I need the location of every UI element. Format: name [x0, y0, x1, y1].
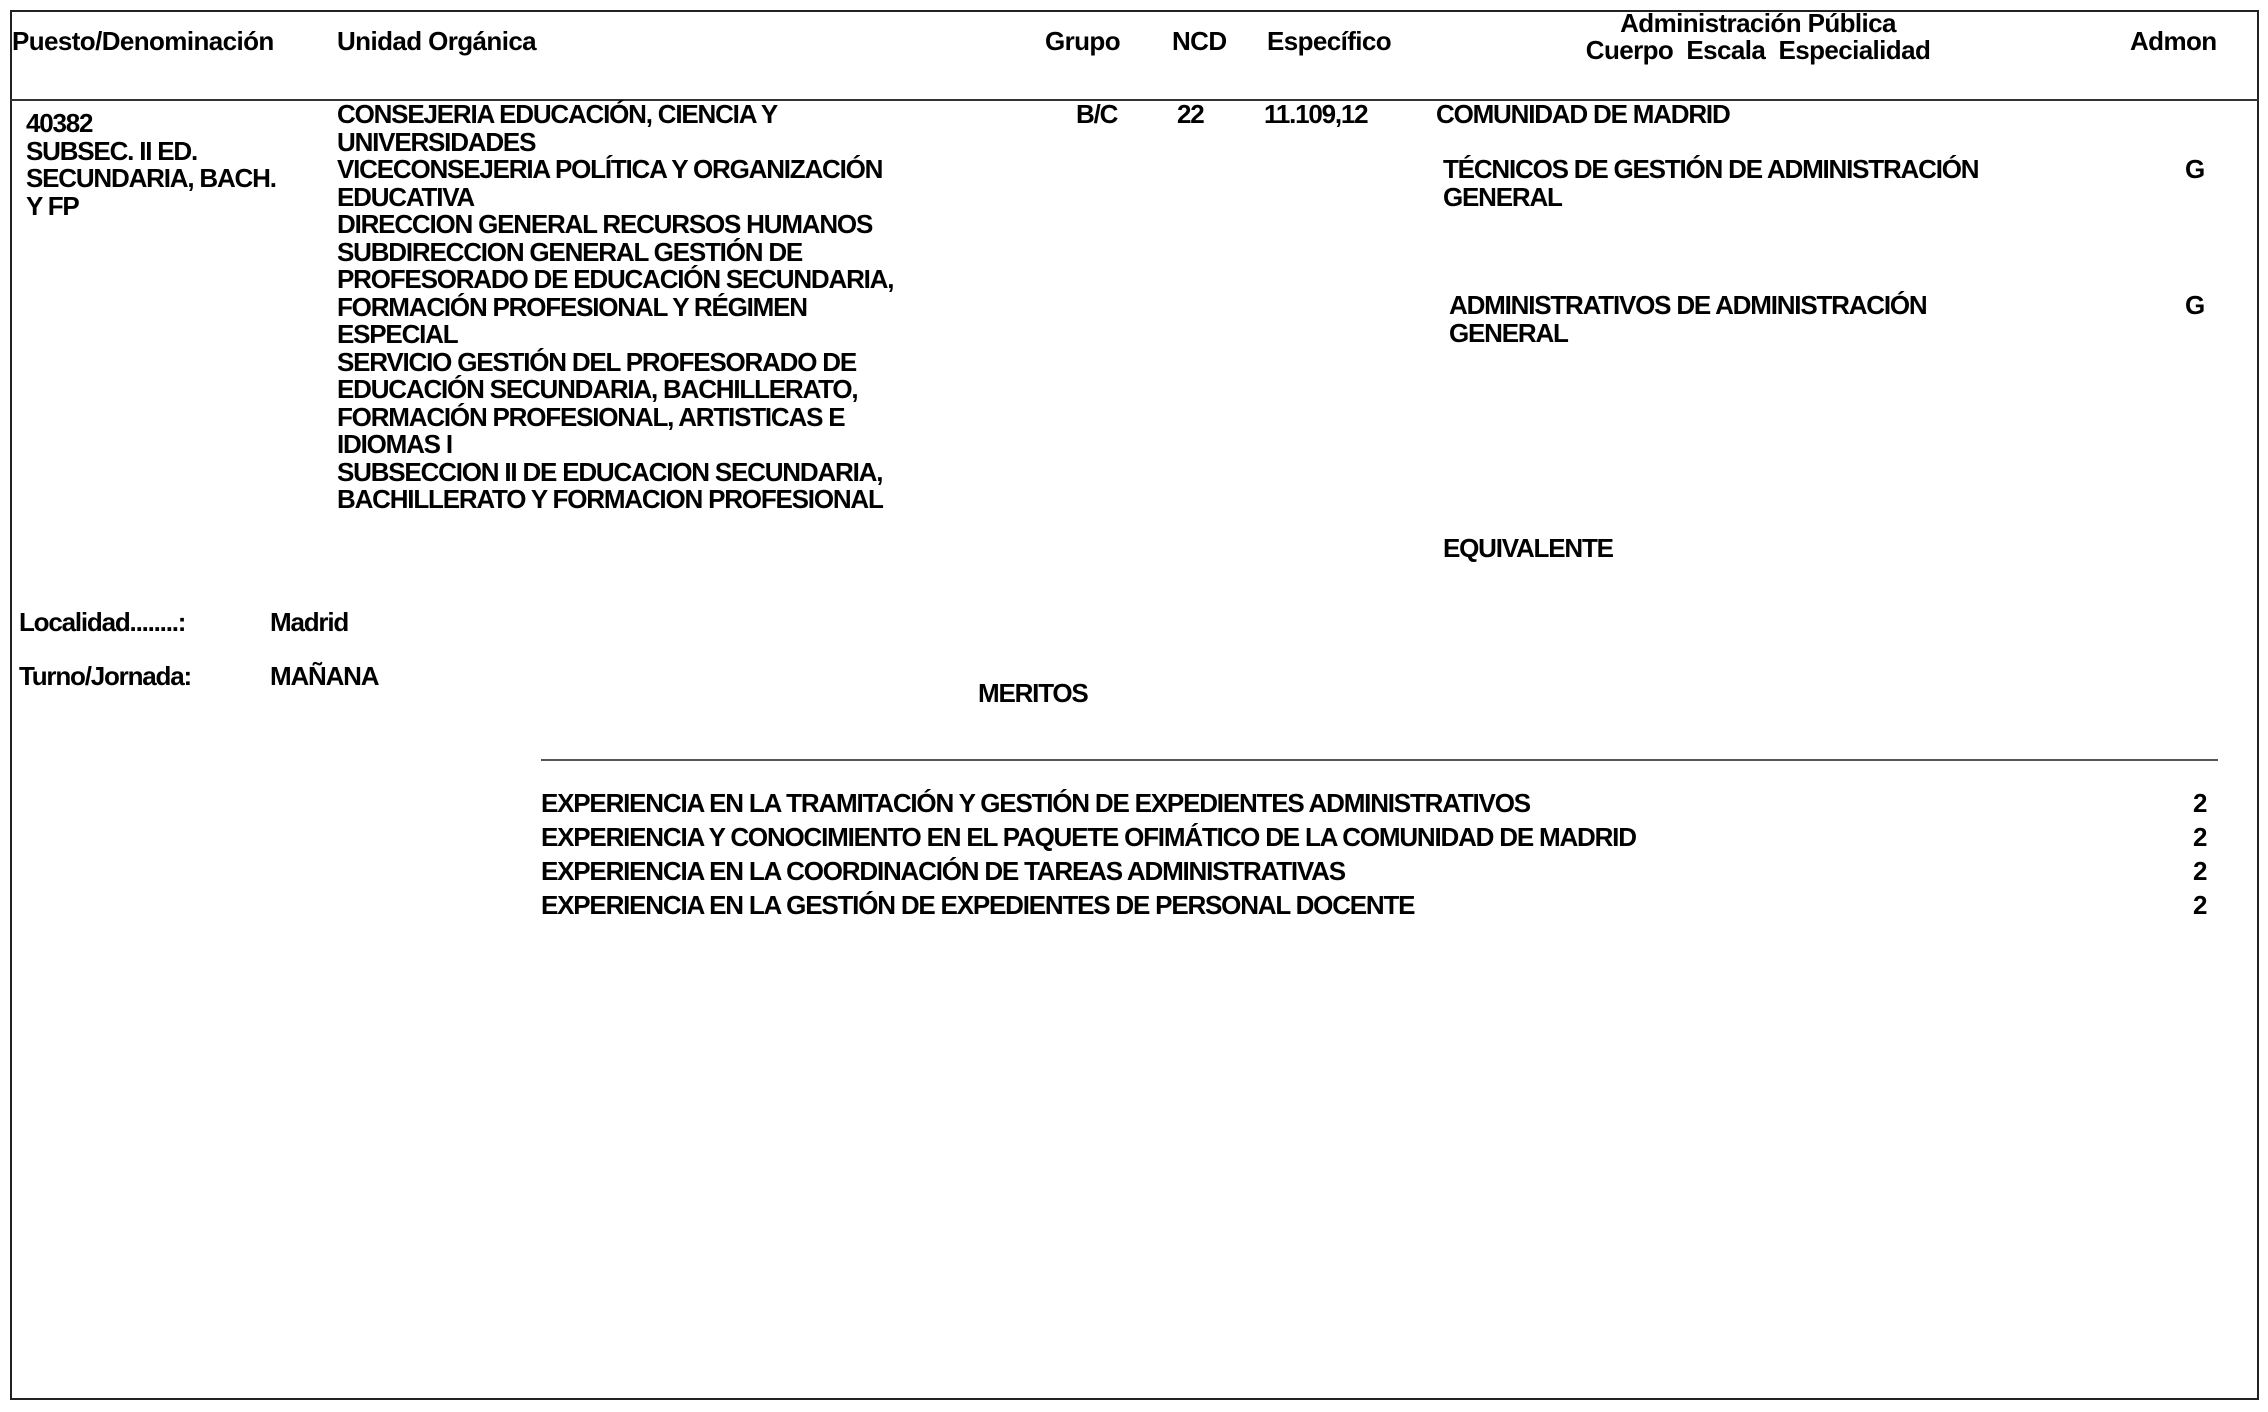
unidad-line: EDUCATIVA [337, 184, 893, 212]
meritos-divider [541, 759, 2218, 761]
turno-value: MAÑANA [270, 663, 378, 691]
unidad-line: PROFESORADO DE EDUCACIÓN SECUNDARIA, [337, 266, 893, 294]
puesto-line: 40382 [26, 110, 276, 138]
cuerpo-2: ADMINISTRATIVOS DE ADMINISTRACIÓN GENERA… [1449, 292, 1927, 347]
unidad-line: VICECONSEJERIA POLÍTICA Y ORGANIZACIÓN [337, 156, 893, 184]
puesto-line: SUBSEC. II ED. [26, 138, 276, 166]
header-ncd: NCD [1172, 28, 1227, 56]
merit-points: 2 [2193, 890, 2207, 921]
cuerpo-line: GENERAL [1449, 320, 1927, 348]
puesto-line: Y FP [26, 193, 276, 221]
ncd-value: 22 [1177, 101, 1204, 129]
merit-text: EXPERIENCIA Y CONOCIMIENTO EN EL PAQUETE… [541, 822, 1636, 853]
cuerpo-1-admon: G [2185, 156, 2204, 184]
unidad-line: CONSEJERIA EDUCACIÓN, CIENCIA Y [337, 101, 893, 129]
merit-points: 2 [2193, 822, 2207, 853]
localidad-value: Madrid [270, 609, 348, 637]
especifico-value: 11.109,12 [1264, 101, 1367, 129]
merit-row: EXPERIENCIA EN LA GESTIÓN DE EXPEDIENTES… [541, 890, 2221, 924]
unidad-line: BACHILLERATO Y FORMACION PROFESIONAL [337, 486, 893, 514]
unidad-line: SUBDIRECCION GENERAL GESTIÓN DE [337, 239, 893, 267]
meritos-title: MERITOS [978, 680, 1088, 708]
merit-text: EXPERIENCIA EN LA GESTIÓN DE EXPEDIENTES… [541, 890, 1414, 921]
header-unidad: Unidad Orgánica [337, 28, 536, 56]
merit-row: EXPERIENCIA Y CONOCIMIENTO EN EL PAQUETE… [541, 822, 2221, 856]
header-admon: Admon [2130, 28, 2217, 56]
puesto-denominacion: 40382 SUBSEC. II ED. SECUNDARIA, BACH. Y… [26, 110, 276, 220]
localidad-label: Localidad........: [19, 609, 185, 637]
header-cuerpo-escala: Cuerpo Escala Especialidad [1558, 37, 1958, 65]
unidad-line: IDIOMAS I [337, 431, 893, 459]
unidad-line: FORMACIÓN PROFESIONAL Y RÉGIMEN [337, 294, 893, 322]
merit-row: EXPERIENCIA EN LA COORDINACIÓN DE TAREAS… [541, 856, 2221, 890]
cuerpo-line: ADMINISTRATIVOS DE ADMINISTRACIÓN [1449, 292, 1927, 320]
header-grupo: Grupo [1045, 28, 1120, 56]
header-administracion: Administración Pública [1558, 10, 1958, 38]
merit-text: EXPERIENCIA EN LA TRAMITACIÓN Y GESTIÓN … [541, 788, 1530, 819]
unidad-line: SERVICIO GESTIÓN DEL PROFESORADO DE [337, 349, 893, 377]
unidad-line: DIRECCION GENERAL RECURSOS HUMANOS [337, 211, 893, 239]
grupo-value: B/C [1076, 101, 1117, 129]
equivalente-label: EQUIVALENTE [1443, 535, 1613, 563]
merit-points: 2 [2193, 788, 2207, 819]
header-puesto: Puesto/Denominación [12, 28, 274, 56]
cuerpo-1: TÉCNICOS DE GESTIÓN DE ADMINISTRACIÓN GE… [1443, 156, 1978, 211]
unidad-organica: CONSEJERIA EDUCACIÓN, CIENCIA Y UNIVERSI… [337, 101, 893, 514]
cuerpo-line: TÉCNICOS DE GESTIÓN DE ADMINISTRACIÓN [1443, 156, 1978, 184]
cuerpo-2-admon: G [2185, 292, 2204, 320]
puesto-line: SECUNDARIA, BACH. [26, 165, 276, 193]
unidad-line: UNIVERSIDADES [337, 129, 893, 157]
merit-text: EXPERIENCIA EN LA COORDINACIÓN DE TAREAS… [541, 856, 1345, 887]
unidad-line: EDUCACIÓN SECUNDARIA, BACHILLERATO, [337, 376, 893, 404]
merit-points: 2 [2193, 856, 2207, 887]
cuerpo-line: GENERAL [1443, 184, 1978, 212]
unidad-line: SUBSECCION II DE EDUCACION SECUNDARIA, [337, 459, 893, 487]
merit-row: EXPERIENCIA EN LA TRAMITACIÓN Y GESTIÓN … [541, 788, 2221, 822]
unidad-line: FORMACIÓN PROFESIONAL, ARTISTICAS E [337, 404, 893, 432]
administracion-value: COMUNIDAD DE MADRID [1436, 101, 1730, 129]
unidad-line: ESPECIAL [337, 321, 893, 349]
header-especifico: Específico [1267, 28, 1391, 56]
turno-label: Turno/Jornada: [19, 663, 191, 691]
